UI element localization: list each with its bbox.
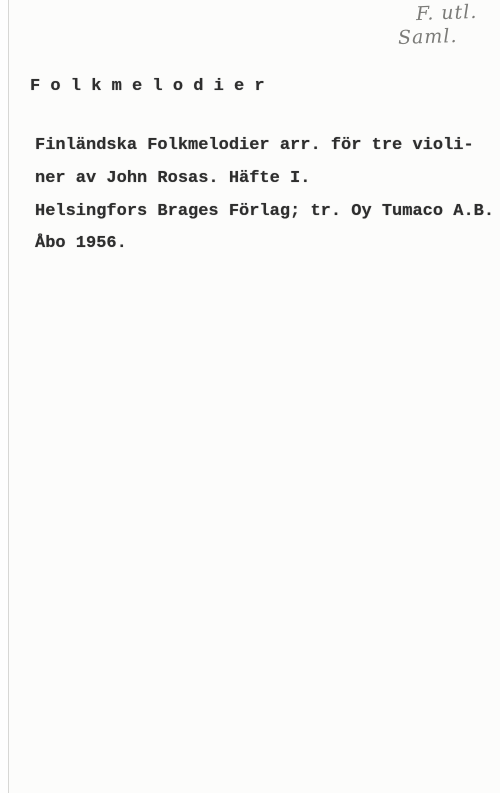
body-text-line: Finländska Folkmelodier arr. för tre vio…: [35, 136, 474, 155]
handwritten-annotation-line2: Saml.: [398, 25, 458, 49]
body-text-line: Åbo 1956.: [35, 234, 127, 253]
catalog-card: F. utl. Saml. F o l k m e l o d i e r Fi…: [0, 0, 500, 793]
body-text-line: ner av John Rosas. Häfte I.: [35, 169, 310, 188]
page-edge-line: [8, 0, 9, 793]
handwritten-annotation-line1: F. utl.: [416, 1, 478, 25]
card-heading: F o l k m e l o d i e r: [30, 77, 265, 96]
body-text-line: Helsingfors Brages Förlag; tr. Oy Tumaco…: [35, 202, 494, 221]
page-left-margin: [0, 0, 8, 793]
